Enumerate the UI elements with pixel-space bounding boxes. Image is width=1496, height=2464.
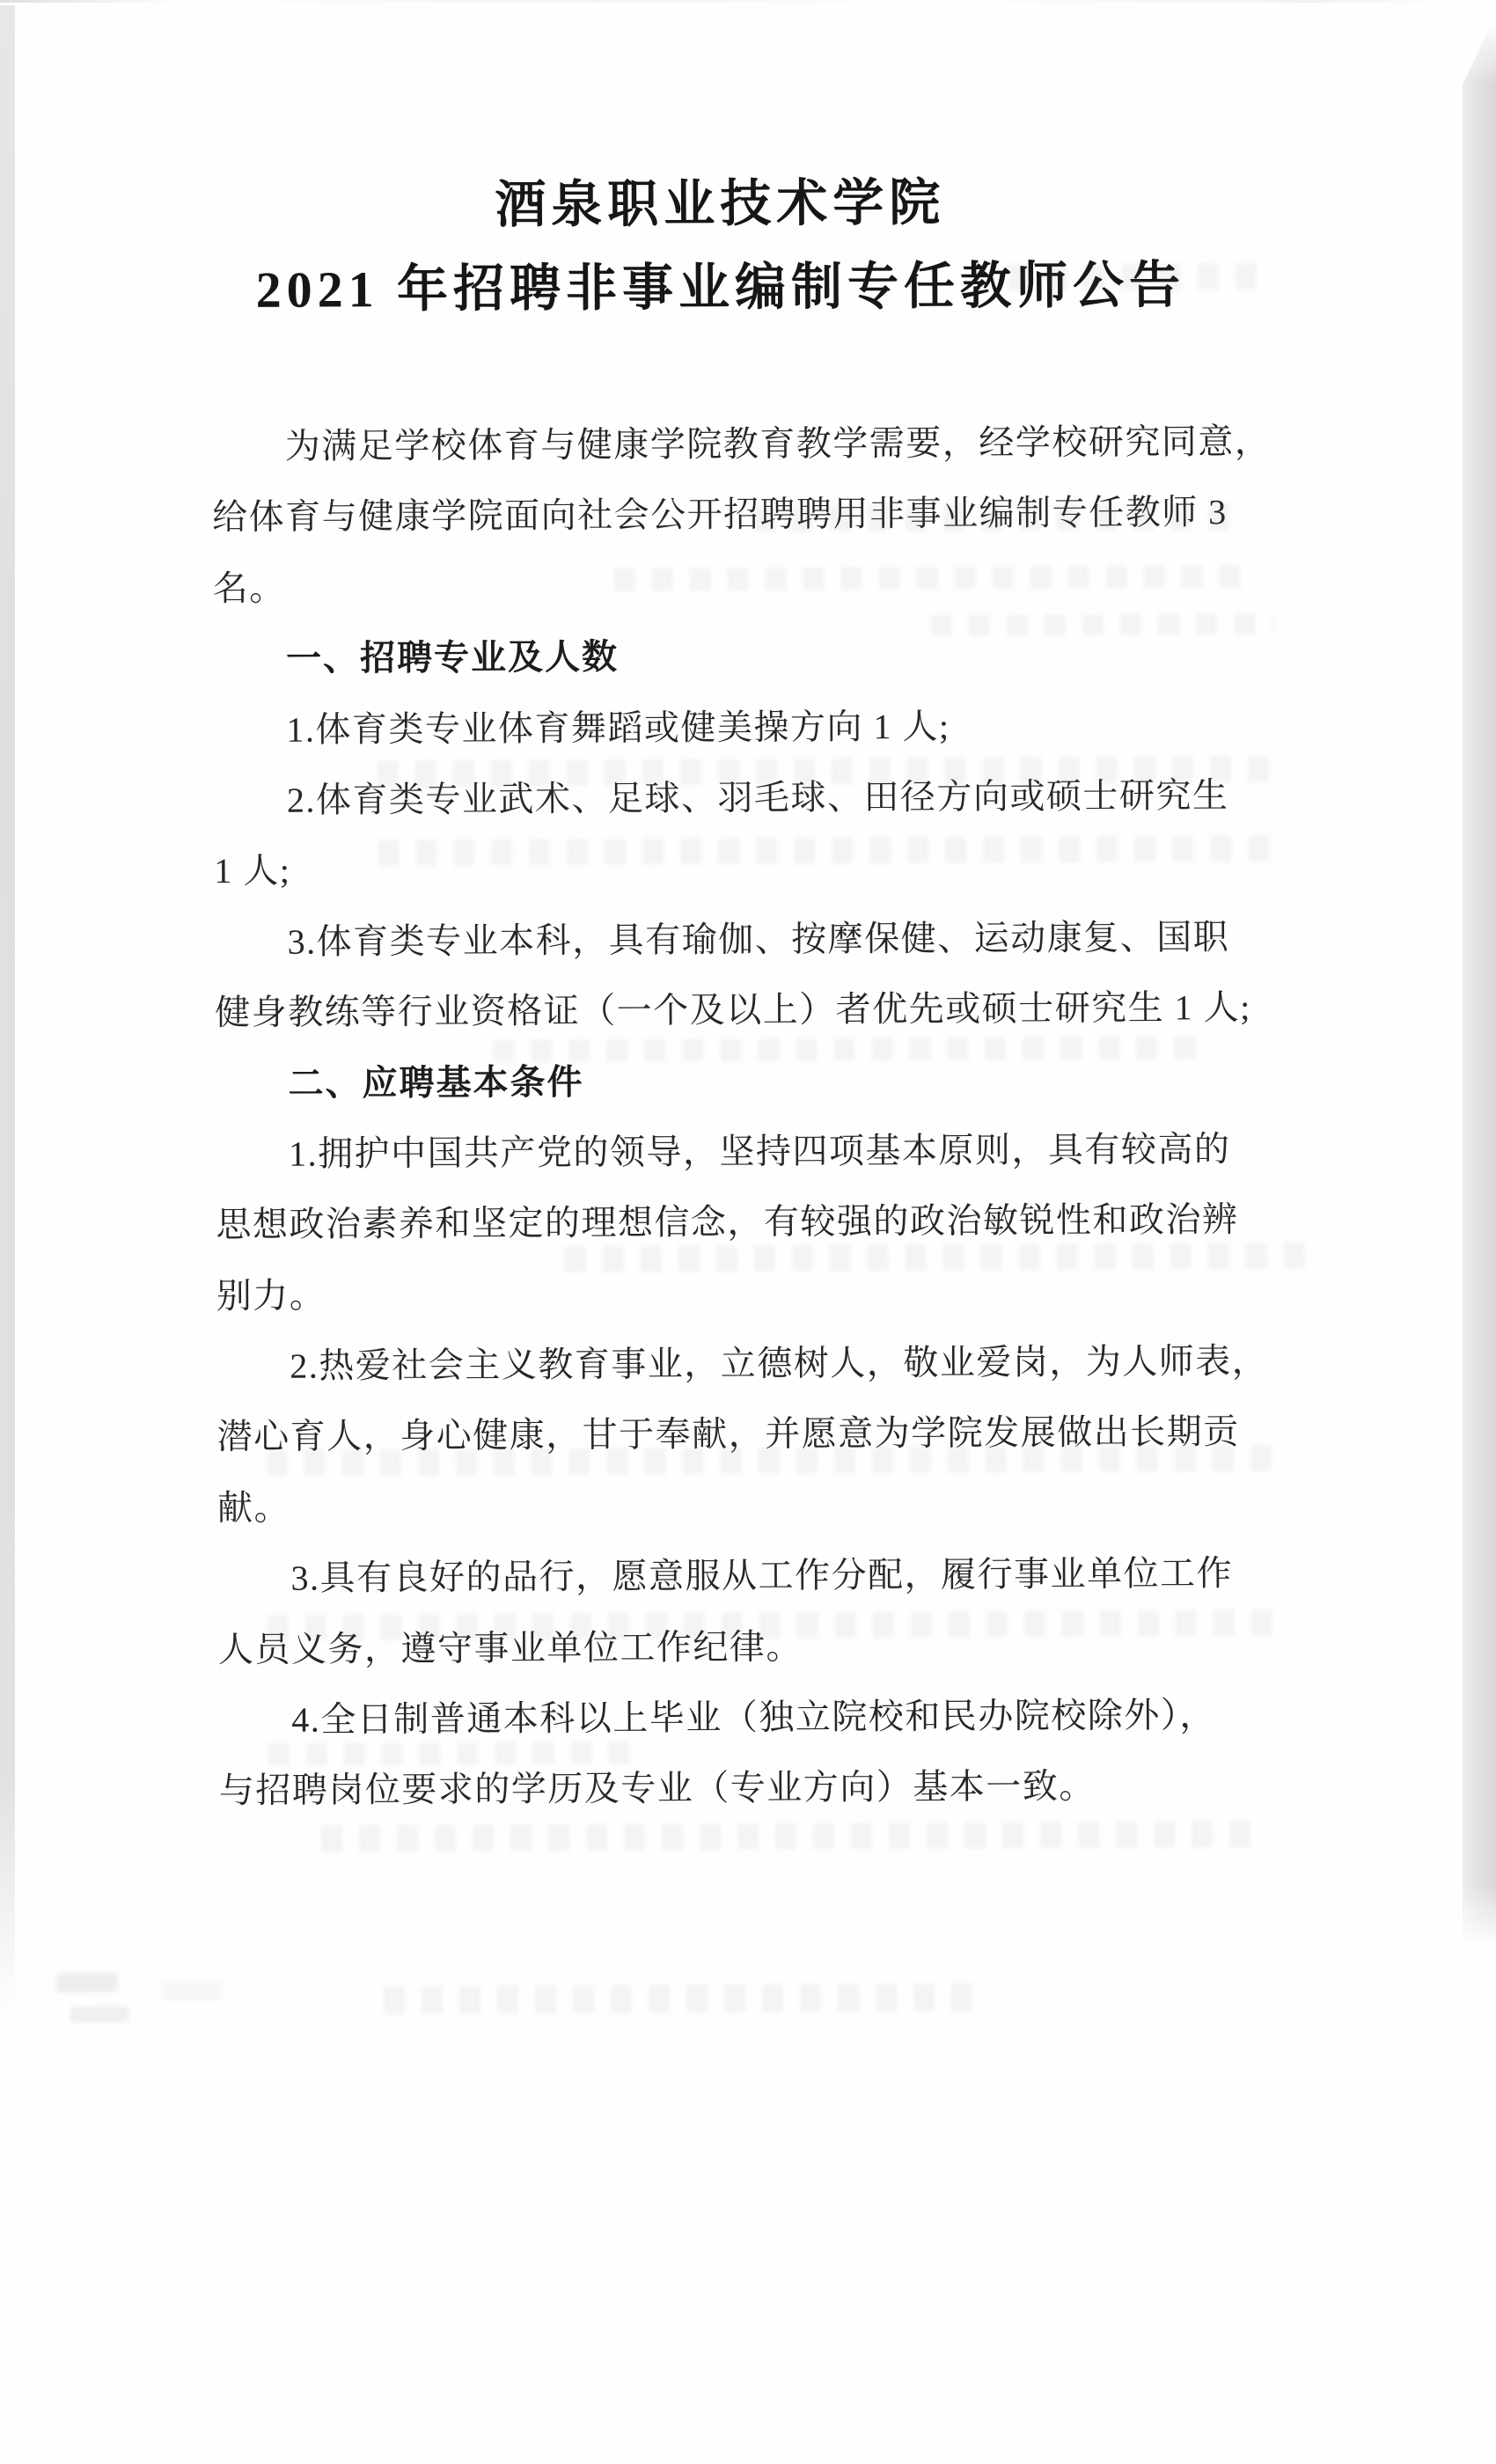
body-line: 名。: [212, 548, 1233, 624]
list-item-continuation: 思想政治素养和坚定的理想信念，有较强的政治敏锐性和政治辨: [216, 1184, 1236, 1260]
document-title-line-1: 酒泉职业技术学院: [216, 159, 1224, 248]
list-item-continuation: 与招聘岗位要求的学历及专业（专业方向）基本一致。: [219, 1751, 1240, 1827]
body-line: 给体育与健康学院面向社会公开招聘聘用非事业编制专任教师 3: [212, 477, 1233, 553]
list-item: 4.全日制普通本科以上毕业（独立院校和民办院校除外），: [218, 1680, 1239, 1756]
list-item: 3.体育类专业本科，具有瑜伽、按摩保健、运动康复、国职: [215, 902, 1236, 978]
section-heading-1: 一、招聘专业及人数: [213, 619, 1234, 694]
list-item: 3.具有良好的品行，愿意服从工作分配，履行事业单位工作: [217, 1538, 1238, 1614]
scanned-document-page: 酒泉职业技术学院 2021 年招聘非事业编制专任教师公告 为满足学校体育与健康学…: [0, 0, 1496, 2464]
document-body: 为满足学校体育与健康学院教育教学需要，经学校研究同意， 给体育与健康学院面向社会…: [212, 407, 1240, 1827]
list-item: 1.拥护中国共产党的领导，坚持四项基本原则，具有较高的: [216, 1114, 1236, 1190]
list-item-continuation: 健身教练等行业资格证（一个及以上）者优先或硕士研究生 1 人;: [215, 972, 1236, 1048]
body-line: 为满足学校体育与健康学院教育教学需要，经学校研究同意，: [212, 407, 1233, 482]
list-item-continuation: 献。: [217, 1468, 1238, 1544]
list-item: 2.热爱社会主义教育事业，立德树人，敬业爱岗，为人师表，: [216, 1326, 1237, 1402]
scan-smudge-artifact: [56, 1973, 118, 1992]
list-item-continuation: 1 人;: [214, 831, 1235, 906]
document-content: 酒泉职业技术学院 2021 年招聘非事业编制专任教师公告 为满足学校体育与健康学…: [0, 0, 1496, 2464]
list-item: 1.体育类专业体育舞蹈或健美操方向 1 人;: [213, 690, 1234, 766]
document-title-line-2: 2021 年招聘非事业编制专任教师公告: [216, 243, 1225, 332]
section-heading-2: 二、应聘基本条件: [215, 1044, 1236, 1119]
bleed-through-artifact: [384, 1984, 982, 2015]
list-item-continuation: 潜心育人，身心健康，甘于奉献，并愿意为学院发展做出长期贡: [216, 1397, 1237, 1473]
document-title: 酒泉职业技术学院 2021 年招聘非事业编制专任教师公告: [216, 159, 1225, 332]
list-item-continuation: 人员义务，遵守事业单位工作纪律。: [218, 1610, 1239, 1685]
list-item: 2.体育类专业武术、足球、羽毛球、田径方向或硕士研究生: [214, 760, 1235, 836]
list-item-continuation: 别力。: [216, 1256, 1237, 1331]
